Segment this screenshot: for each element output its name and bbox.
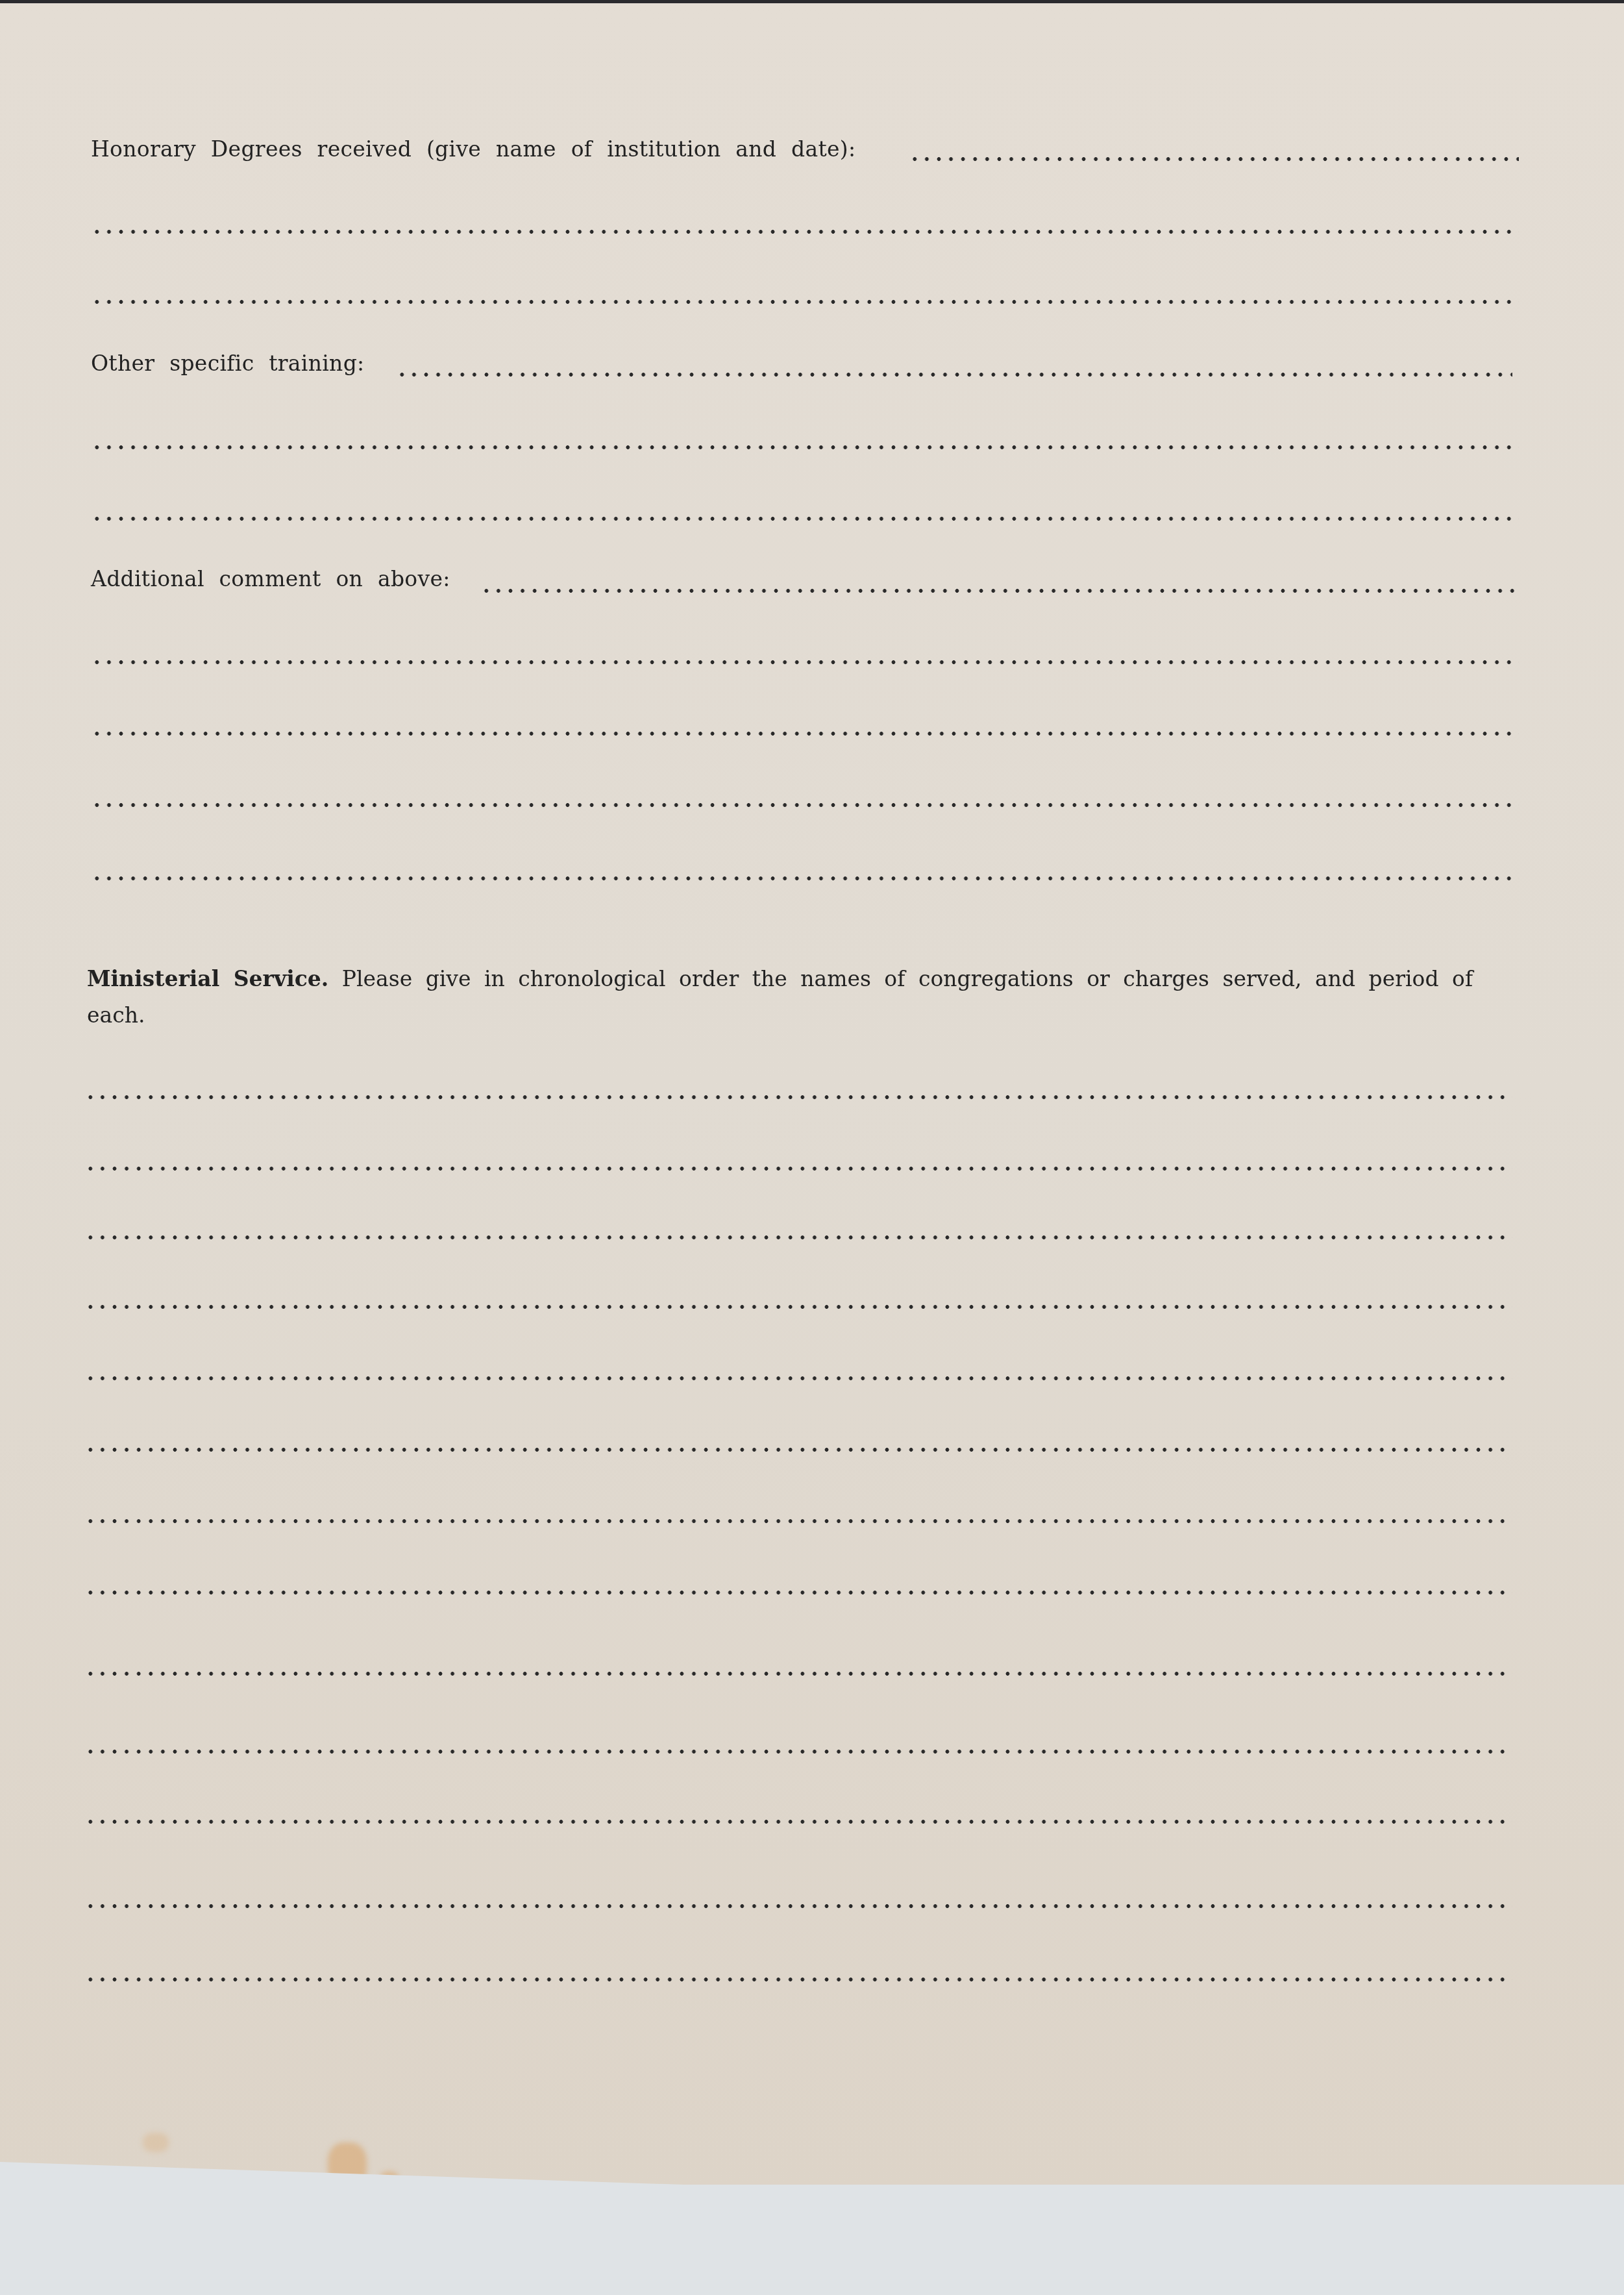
fill-in-line[interactable] [91, 517, 1519, 521]
fill-in-line[interactable] [84, 1235, 1512, 1239]
fill-in-line[interactable] [84, 1167, 1512, 1171]
fill-in-line[interactable] [396, 373, 1512, 377]
water-stain [380, 2172, 399, 2191]
fill-in-line[interactable] [91, 876, 1519, 880]
fill-in-line[interactable] [480, 589, 1519, 593]
fill-in-line[interactable] [84, 1820, 1512, 1824]
scan-top-edge [0, 0, 1624, 3]
fill-in-line[interactable] [84, 1519, 1512, 1523]
fill-in-line[interactable] [84, 1591, 1512, 1594]
water-stain [328, 2142, 367, 2188]
fill-in-line[interactable] [91, 300, 1519, 304]
section-heading: Ministerial Service. [87, 966, 328, 991]
fill-in-line[interactable] [91, 732, 1519, 736]
fill-in-line[interactable] [84, 1305, 1512, 1309]
fill-in-line[interactable] [84, 1750, 1512, 1754]
fill-in-line[interactable] [84, 1376, 1512, 1380]
fill-in-line[interactable] [91, 230, 1519, 234]
paper-page: Honorary Degrees received (give name of … [0, 0, 1624, 2185]
ministerial-service-instruction: Ministerial Service. Please give in chro… [87, 961, 1518, 1034]
fill-in-line[interactable] [84, 1448, 1512, 1452]
fill-in-line[interactable] [91, 803, 1519, 807]
water-stain [143, 2133, 169, 2152]
fill-in-line[interactable] [84, 1904, 1512, 1908]
fill-in-line[interactable] [91, 660, 1519, 664]
field-label: Other specific training: [91, 351, 365, 376]
fill-in-line[interactable] [91, 445, 1519, 449]
field-label: Honorary Degrees received (give name of … [91, 136, 855, 162]
fill-in-line[interactable] [909, 157, 1519, 161]
fill-in-line[interactable] [84, 1095, 1512, 1099]
fill-in-line[interactable] [84, 1672, 1512, 1676]
fill-in-line[interactable] [84, 1978, 1512, 1981]
field-label: Additional comment on above: [91, 566, 450, 591]
